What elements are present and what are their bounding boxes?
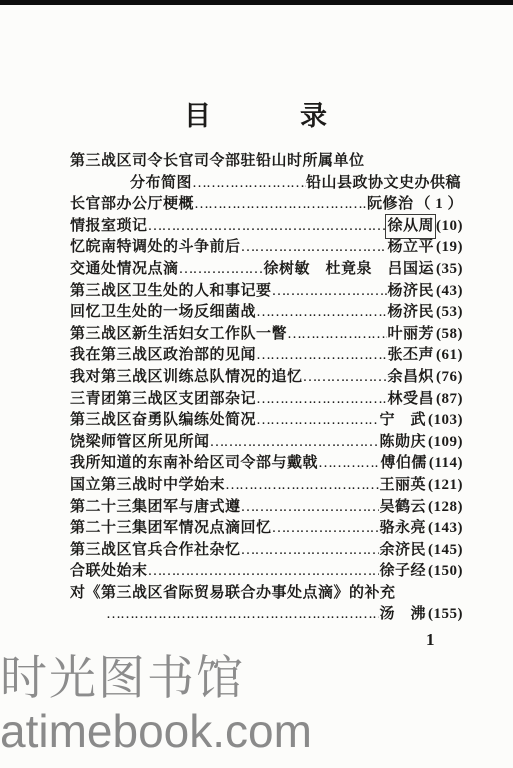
toc-entry: 第二十三集团军情况点滴回忆 ……………………………………………………………………… <box>70 518 463 540</box>
entry-page-number: (109) <box>426 432 463 454</box>
entry-title: 对《第三战区省际贸易联合办事处点滴》的补充 <box>70 583 396 605</box>
entry-page-number: (150) <box>426 561 463 583</box>
toc-entry: 第三战区新生活妇女工作队一瞥 …………………………………………………………………… <box>70 324 463 346</box>
entry-page-number: (128) <box>426 497 463 519</box>
toc-entry: 对《第三战区省际贸易联合办事处点滴》的补充 <box>70 583 463 605</box>
dot-leader: …………………………………………………………………………………………………………… <box>256 389 387 411</box>
entry-page-number: (58) <box>434 324 463 346</box>
entry-title: 国立第三战时中学始末 <box>70 475 225 497</box>
dot-leader: …………………………………………………………………………………………………………… <box>272 518 380 540</box>
entry-title: 我对第三战区训练总队情况的追忆 <box>70 367 303 389</box>
dot-leader: …………………………………………………………………………………………………………… <box>256 302 387 324</box>
entry-title: 饶梁师管区所见所闻 <box>70 432 210 454</box>
entry-author: 杨济民 <box>387 281 434 303</box>
toc-entry: 我对第三战区训练总队情况的追忆 ………………………………………………………………… <box>70 367 463 389</box>
entry-page-number: （ 1 ） <box>413 194 463 216</box>
dot-leader: …………………………………………………………………………………………………………… <box>303 367 388 389</box>
entry-title: 第三战区新生活妇女工作队一瞥 <box>70 324 287 346</box>
entry-author: 阮修治 <box>367 194 414 216</box>
dot-leader: …………………………………………………………………………………………………………… <box>148 216 388 238</box>
entry-page-number: (143) <box>426 518 463 540</box>
toc-list: 第三战区司令长官司令部驻铅山时所属单位 分布简图 ………………………………………… <box>70 151 463 626</box>
entry-title: 忆皖南特调处的斗争前后 <box>70 237 241 259</box>
entry-title: 第三战区卫生处的人和事记要 <box>70 281 272 303</box>
toc-entry: …………………………………………………………………………………………………………… <box>70 604 463 626</box>
entry-page-number: (87) <box>434 389 463 411</box>
entry-title: 回忆卫生处的一场反细菌战 <box>70 302 256 324</box>
dot-leader: …………………………………………………………………………………………………………… <box>106 604 379 626</box>
entry-author: 杨济民 <box>387 302 434 324</box>
dot-leader: …………………………………………………………………………………………………………… <box>318 453 380 475</box>
toc-entry: 第二十三集团军与唐式遵 …………………………………………………………………………… <box>70 497 463 519</box>
entry-page-number: (19) <box>434 237 463 259</box>
toc-entry: 我在第三战区政治部的见闻 ………………………………………………………………………… <box>70 345 463 367</box>
entry-title: 第二十三集团军情况点滴回忆 <box>70 518 272 540</box>
entry-page-number: (114) <box>427 453 463 475</box>
dot-leader: …………………………………………………………………………………………………………… <box>241 497 380 519</box>
entry-page-number: (43) <box>434 281 463 303</box>
dot-leader: …………………………………………………………………………………………………………… <box>148 561 380 583</box>
toc-entry: 我所知道的东南补给区司令部与戴戟 ……………………………………………………………… <box>70 453 463 475</box>
entry-title: 第三战区奋勇队编练处简况 <box>70 410 256 432</box>
entry-title: 我所知道的东南补给区司令部与戴戟 <box>70 453 318 475</box>
toc-entry: 第三战区司令长官司令部驻铅山时所属单位 <box>70 151 463 173</box>
entry-author: 王丽英 <box>379 475 426 497</box>
toc-entry: 回忆卫生处的一场反细菌战 ………………………………………………………………………… <box>70 302 463 324</box>
entry-author: 徐从周 <box>387 216 434 238</box>
toc-entry: 第三战区奋勇队编练处简况 ………………………………………………………………………… <box>70 410 463 432</box>
entry-author: 林受昌 <box>387 389 434 411</box>
entry-author: 傅伯儒 <box>380 453 427 475</box>
entry-page-number: (35) <box>434 259 463 281</box>
entry-page-number: (61) <box>434 345 463 367</box>
scan-edge-strip <box>0 0 513 5</box>
dot-leader: …………………………………………………………………………………………………………… <box>287 324 387 346</box>
dot-leader: …………………………………………………………………………………………………………… <box>210 432 380 454</box>
dot-leader: …………………………………………………………………………………………………………… <box>194 194 367 216</box>
dot-leader: …………………………………………………………………………………………………………… <box>225 475 379 497</box>
scanned-book-page: 目 录 第三战区司令长官司令部驻铅山时所属单位 分布简图 ……………………………… <box>0 0 513 768</box>
entry-author: 吴鹤云 <box>379 497 426 519</box>
entry-title: 长官部办公厅梗概 <box>70 194 194 216</box>
dot-leader: …………………………………………………………………………………………………………… <box>272 281 388 303</box>
entry-author: 叶丽芳 <box>387 324 434 346</box>
entry-author: 余济民 <box>379 540 426 562</box>
entry-title: 第二十三集团军与唐式遵 <box>70 497 241 519</box>
entry-title: 我在第三战区政治部的见闻 <box>70 345 256 367</box>
toc-entry: 第三战区官兵合作社杂忆 …………………………………………………………………………… <box>70 540 463 562</box>
toc-entry: 饶梁师管区所见所闻 ………………………………………………………………………………… <box>70 432 463 454</box>
entry-title: 三青团第三战区支团部杂记 <box>70 389 256 411</box>
entry-page-number: (145) <box>426 540 463 562</box>
toc-entry: 分布简图 ……………………………………………………………………………………………… <box>70 173 463 195</box>
entry-author: 汤 沸 <box>379 604 426 626</box>
dot-leader: …………………………………………………………………………………………………………… <box>241 237 388 259</box>
entry-author: 陈勋庆 <box>379 432 426 454</box>
toc-entry: 长官部办公厅梗概 …………………………………………………………………………………… <box>70 194 463 216</box>
entry-author: 宁 武 <box>379 410 426 432</box>
entry-title: 情报室琐记 <box>70 216 148 238</box>
entry-author: 骆永亮 <box>379 518 426 540</box>
toc-entry: 忆皖南特调处的斗争前后 …………………………………………………………………………… <box>70 237 463 259</box>
entry-author: 杨立平 <box>387 237 434 259</box>
toc-entry: 第三战区卫生处的人和事记要 ……………………………………………………………………… <box>70 281 463 303</box>
toc-entry: 三青团第三战区支团部杂记 ………………………………………………………………………… <box>70 389 463 411</box>
dot-leader: …………………………………………………………………………………………………………… <box>256 410 379 432</box>
entry-page-number: (155) <box>426 604 463 626</box>
entry-page-number: (103) <box>426 410 463 432</box>
dot-leader: …………………………………………………………………………………………………………… <box>256 345 387 367</box>
entry-page-number: (76) <box>434 367 463 389</box>
toc-entry: 国立第三战时中学始末 ……………………………………………………………………………… <box>70 475 463 497</box>
entry-title: 分布简图 <box>130 173 192 195</box>
entry-author: 徐树敏 杜竟泉 吕国运 <box>263 259 434 281</box>
entry-page-number: (53) <box>434 302 463 324</box>
entry-title: 合联处始末 <box>70 561 148 583</box>
watermark: 时光图书馆 atimebook.com <box>0 652 513 758</box>
dot-leader: …………………………………………………………………………………………………………… <box>241 540 380 562</box>
dot-leader: …………………………………………………………………………………………………………… <box>192 173 306 195</box>
watermark-site-url: atimebook.com <box>0 704 513 758</box>
watermark-site-name: 时光图书馆 <box>0 652 513 704</box>
entry-author: 铅山县政协文史办供稿 <box>306 173 461 195</box>
entry-page-number: (10) <box>434 216 463 238</box>
entry-author: 徐子经 <box>379 561 426 583</box>
toc-entry: 合联处始末 …………………………………………………………………………………………… <box>70 561 463 583</box>
entry-title: 第三战区司令长官司令部驻铅山时所属单位 <box>70 151 365 173</box>
dot-leader: …………………………………………………………………………………………………………… <box>179 259 264 281</box>
entry-title: 第三战区官兵合作社杂忆 <box>70 540 241 562</box>
entry-title: 交通处情况点滴 <box>70 259 179 281</box>
toc-entry: 情报室琐记 …………………………………………………………………………………………… <box>70 216 463 238</box>
page-number: 1 <box>426 630 435 650</box>
toc-title: 目 录 <box>0 94 513 133</box>
toc-entry: 交通处情况点滴 ……………………………………………………………………………………… <box>70 259 463 281</box>
entry-author: 余昌炽 <box>387 367 434 389</box>
entry-page-number: (121) <box>426 475 463 497</box>
entry-author: 张丕声 <box>387 345 434 367</box>
